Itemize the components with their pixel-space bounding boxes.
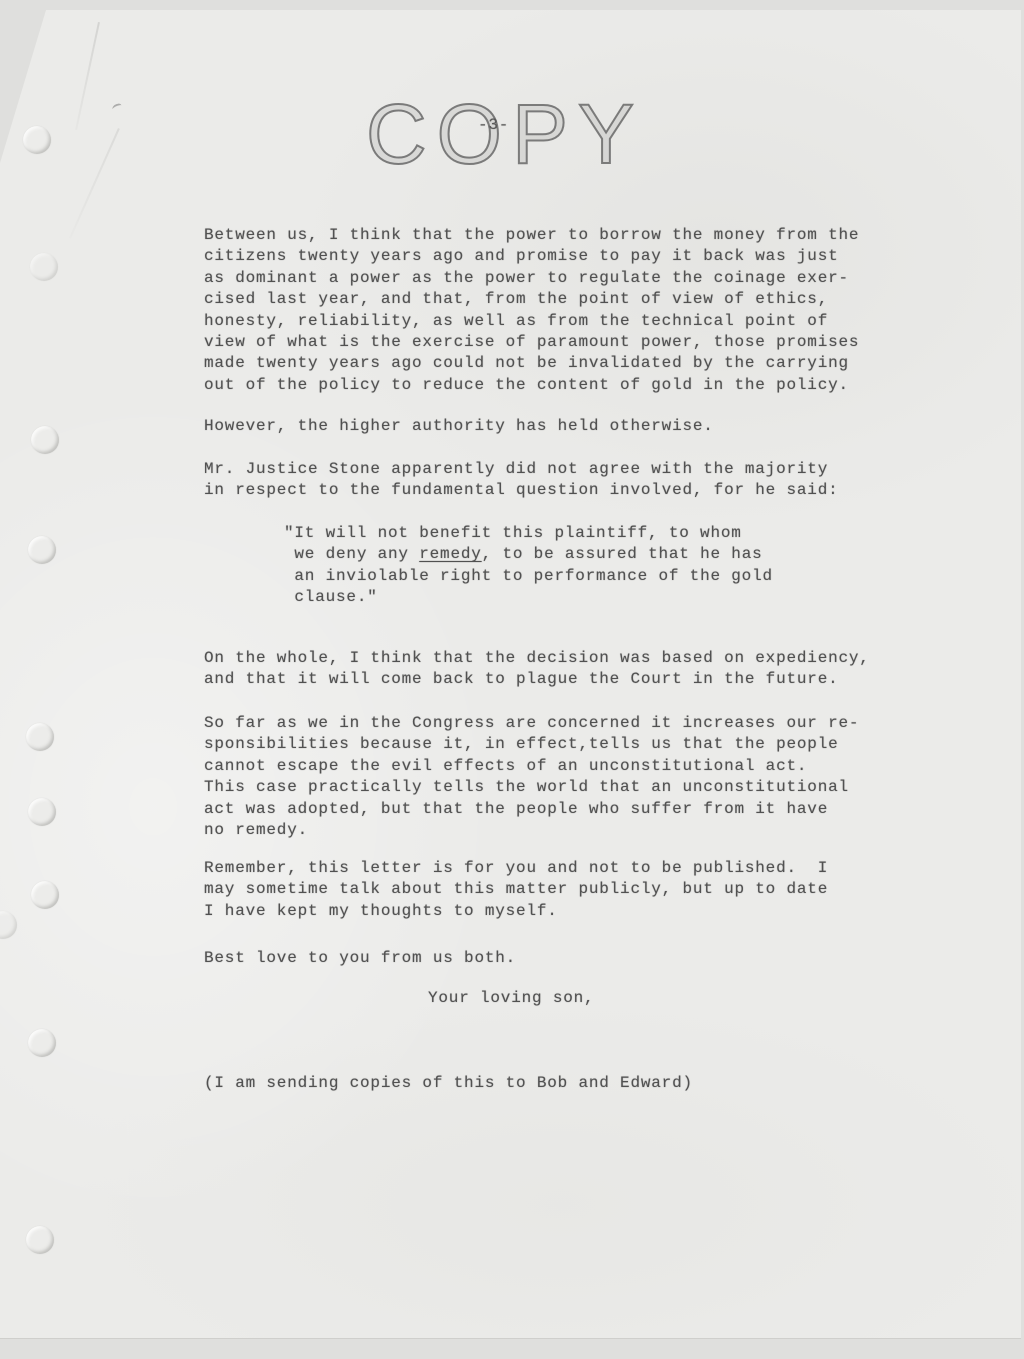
signature-line: Your loving son, <box>428 988 1024 1009</box>
blockquote-stone-opinion: "It will not benefit this plaintiff, to … <box>284 523 824 609</box>
paragraph-higher-authority: However, the higher authority has held o… <box>204 416 914 437</box>
paragraph-decision-expediency: On the whole, I think that the decision … <box>204 648 914 691</box>
punch-hole <box>23 126 51 154</box>
punch-hole <box>26 1226 54 1254</box>
punch-hole <box>28 798 56 826</box>
ink-fleck <box>111 103 123 113</box>
punch-hole <box>31 881 59 909</box>
paragraph-justice-stone: Mr. Justice Stone apparently did not agr… <box>204 459 914 502</box>
quote-underlined-word: remedy <box>419 545 481 563</box>
corner-crease-line <box>69 128 120 238</box>
punch-hole <box>26 723 54 751</box>
paragraph-not-to-be-published: Remember, this letter is for you and not… <box>204 858 914 922</box>
paragraph-best-love: Best love to you from us both. <box>204 948 914 969</box>
page-number: -3- <box>478 116 509 134</box>
paragraph-congress-responsibility: So far as we in the Congress are concern… <box>204 713 914 841</box>
punch-hole <box>30 253 58 281</box>
scanned-letter-page-3: COPY -3- Between us, I think that the po… <box>0 0 1024 1359</box>
corner-crease-line <box>75 22 100 130</box>
punch-hole <box>28 536 56 564</box>
punch-hole <box>31 426 59 454</box>
copy-stamp: COPY <box>366 92 644 176</box>
paragraph-gold-clause: Between us, I think that the power to bo… <box>204 225 914 396</box>
punch-hole <box>28 1029 56 1057</box>
postscript-line: (I am sending copies of this to Bob and … <box>204 1073 914 1094</box>
